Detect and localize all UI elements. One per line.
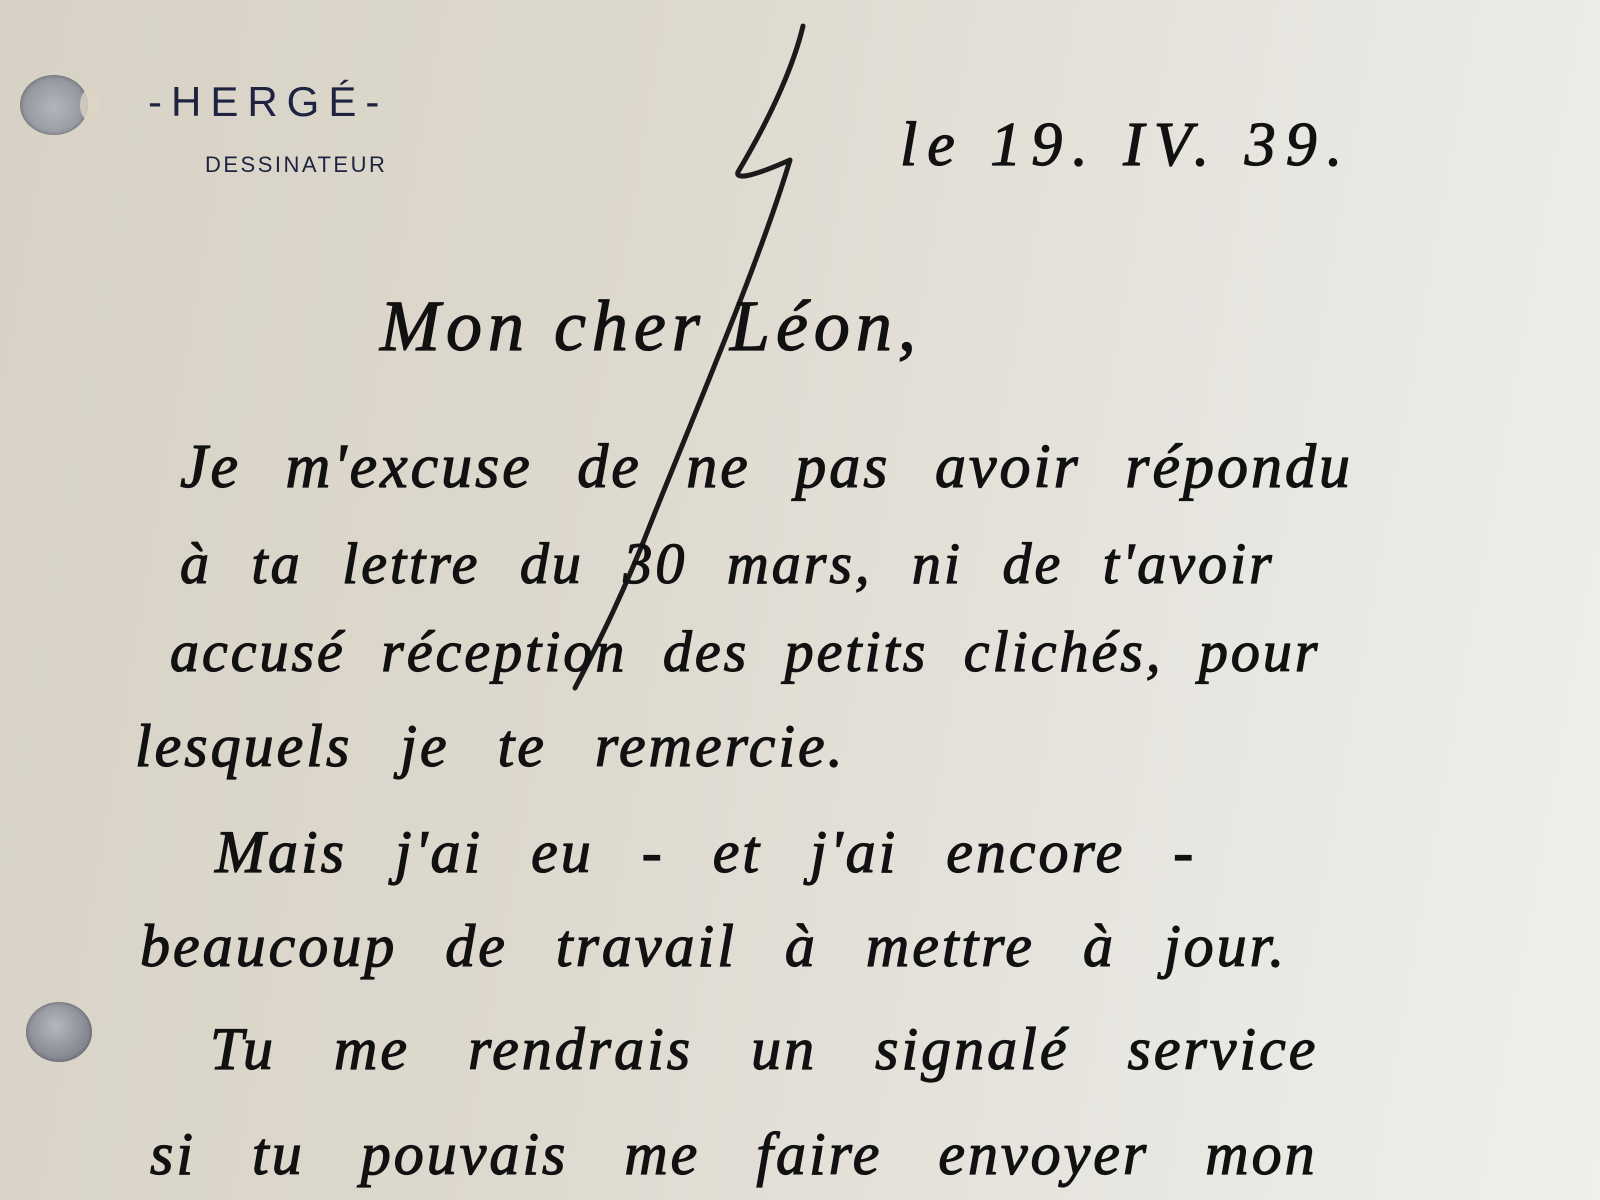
letter-line: si tu pouvais me faire envoyer mon: [150, 1120, 1318, 1189]
letter-line: Je m'excuse de ne pas avoir répondu: [180, 432, 1353, 503]
letter-line: accusé réception des petits clichés, pou…: [170, 618, 1320, 685]
letter-line: lesquels je te remercie.: [135, 712, 846, 781]
letter-line: Mais j'ai eu - et j'ai encore -: [215, 818, 1196, 887]
letter-line: beaucoup de travail à mettre à jour.: [140, 912, 1287, 981]
letter-page: -HERGÉ- DESSINATEUR le 19. IV. 39. Mon c…: [0, 0, 1600, 1200]
punch-hole-top: [20, 75, 88, 135]
letter-line: Tu me rendrais un signalé service: [210, 1015, 1318, 1084]
letter-salutation: Mon cher Léon,: [380, 285, 922, 368]
letterhead-name: -HERGÉ-: [148, 78, 388, 126]
punch-hole-bottom: [26, 1002, 92, 1062]
letter-date: le 19. IV. 39.: [900, 110, 1352, 181]
letterhead-title: DESSINATEUR: [205, 152, 387, 178]
letter-line: à ta lettre du 30 mars, ni de t'avoir: [180, 530, 1275, 597]
